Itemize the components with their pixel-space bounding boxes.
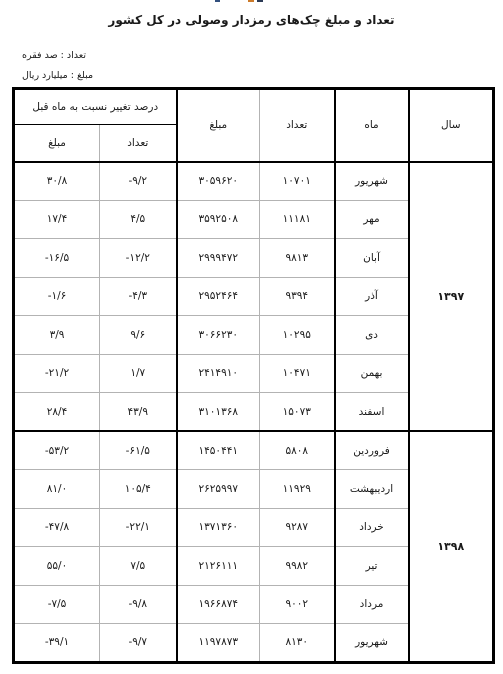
pct-count-cell: ۱/۷: [100, 354, 177, 393]
count-cell: ۸۱۳۰: [260, 624, 335, 663]
count-cell: ۹۰۰۲: [260, 585, 335, 624]
amount-cell: ۲۹۹۹۴۷۲: [177, 239, 260, 278]
pct-amount-cell: -۲۱/۲: [14, 354, 100, 393]
amount-cell: ۳۱۰۱۳۶۸: [177, 393, 260, 432]
pct-count-cell: -۹/۷: [100, 624, 177, 663]
pct-amount-cell: ۱۷/۴: [14, 200, 100, 239]
pct-amount-cell: ۳/۹: [14, 316, 100, 355]
header-pct-count: تعداد: [100, 125, 177, 162]
amount-cell: ۲۶۲۵۹۹۷: [177, 470, 260, 509]
count-cell: ۱۵۰۷۳: [260, 393, 335, 432]
year-cell: ۱۳۹۷: [409, 162, 494, 432]
pct-count-cell: -۲۲/۱: [100, 508, 177, 547]
pct-count-cell: ۹/۶: [100, 316, 177, 355]
count-cell: ۹۲۸۷: [260, 508, 335, 547]
amount-cell: ۳۰۵۹۶۲۰: [177, 162, 260, 201]
amount-cell: ۱۴۵۰۴۴۱: [177, 431, 260, 470]
month-cell: آذر: [335, 277, 409, 316]
count-cell: ۱۰۴۷۱: [260, 354, 335, 393]
clipped-topline-fragment: [257, 0, 263, 2]
pct-count-cell: -۴/۳: [100, 277, 177, 316]
amount-cell: ۱۳۷۱۳۶۰: [177, 508, 260, 547]
header-pct-change-group: درصد تغییر نسبت به ماه قبل: [14, 89, 177, 125]
count-cell: ۹۸۱۳: [260, 239, 335, 278]
amount-cell: ۲۴۱۴۹۱۰: [177, 354, 260, 393]
clipped-topline-fragment: [248, 0, 254, 2]
pct-count-cell: -۹/۲: [100, 162, 177, 201]
header-amount: مبلغ: [177, 89, 260, 162]
pct-amount-cell: -۱۶/۵: [14, 239, 100, 278]
month-cell: آبان: [335, 239, 409, 278]
month-cell: بهمن: [335, 354, 409, 393]
pct-count-cell: ۴۳/۹: [100, 393, 177, 432]
count-cell: ۱۰۲۹۵: [260, 316, 335, 355]
unit-note-count: تعداد : صد فقره: [22, 50, 86, 61]
amount-cell: ۲۹۵۲۴۶۴: [177, 277, 260, 316]
header-pct-amount: مبلغ: [14, 125, 100, 162]
cheques-table: سال ماه تعداد مبلغ درصد تغییر نسبت به ما…: [12, 87, 495, 664]
month-cell: اسفند: [335, 393, 409, 432]
count-cell: ۱۱۱۸۱: [260, 200, 335, 239]
amount-cell: ۳۵۹۲۵۰۸: [177, 200, 260, 239]
header-count: تعداد: [260, 89, 335, 162]
pct-amount-cell: ۲۸/۴: [14, 393, 100, 432]
clipped-topline-fragment: [215, 0, 220, 2]
pct-amount-cell: -۱/۶: [14, 277, 100, 316]
amount-cell: ۲۱۲۶۱۱۱: [177, 547, 260, 586]
month-cell: تیر: [335, 547, 409, 586]
month-cell: مهر: [335, 200, 409, 239]
header-month: ماه: [335, 89, 409, 162]
pct-count-cell: ۱۰۵/۴: [100, 470, 177, 509]
month-cell: مرداد: [335, 585, 409, 624]
year-cell: ۱۳۹۸: [409, 431, 494, 662]
header-row-1: سال ماه تعداد مبلغ درصد تغییر نسبت به ما…: [14, 89, 494, 125]
unit-note-amount: مبلغ : میلیارد ریال: [22, 70, 93, 81]
pct-count-cell: ۷/۵: [100, 547, 177, 586]
document-page: تعداد و مبلغ چک‌های رمزدار وصولی در کل ک…: [0, 0, 503, 674]
count-cell: ۹۳۹۴: [260, 277, 335, 316]
month-cell: دی: [335, 316, 409, 355]
pct-count-cell: -۹/۸: [100, 585, 177, 624]
page-title: تعداد و مبلغ چک‌های رمزدار وصولی در کل ک…: [0, 13, 503, 27]
header-year: سال: [409, 89, 494, 162]
amount-cell: ۱۹۶۶۸۷۴: [177, 585, 260, 624]
pct-amount-cell: -۴۷/۸: [14, 508, 100, 547]
pct-amount-cell: ۳۰/۸: [14, 162, 100, 201]
month-cell: اردیبهشت: [335, 470, 409, 509]
count-cell: ۹۹۸۲: [260, 547, 335, 586]
pct-amount-cell: ۸۱/۰: [14, 470, 100, 509]
count-cell: ۱۱۹۲۹: [260, 470, 335, 509]
pct-amount-cell: -۳۹/۱: [14, 624, 100, 663]
pct-amount-cell: -۷/۵: [14, 585, 100, 624]
pct-count-cell: -۱۲/۲: [100, 239, 177, 278]
pct-count-cell: -۶۱/۵: [100, 431, 177, 470]
amount-cell: ۳۰۶۶۲۳۰: [177, 316, 260, 355]
count-cell: ۱۰۷۰۱: [260, 162, 335, 201]
table-row: ۱۳۹۸ فروردین ۵۸۰۸ ۱۴۵۰۴۴۱ -۶۱/۵ -۵۳/۲: [14, 431, 494, 470]
pct-amount-cell: ۵۵/۰: [14, 547, 100, 586]
table-row: ۱۳۹۷ شهریور ۱۰۷۰۱ ۳۰۵۹۶۲۰ -۹/۲ ۳۰/۸: [14, 162, 494, 201]
amount-cell: ۱۱۹۷۸۷۳: [177, 624, 260, 663]
count-cell: ۵۸۰۸: [260, 431, 335, 470]
month-cell: شهریور: [335, 162, 409, 201]
pct-amount-cell: -۵۳/۲: [14, 431, 100, 470]
pct-count-cell: ۴/۵: [100, 200, 177, 239]
month-cell: خرداد: [335, 508, 409, 547]
month-cell: فروردین: [335, 431, 409, 470]
month-cell: شهریور: [335, 624, 409, 663]
